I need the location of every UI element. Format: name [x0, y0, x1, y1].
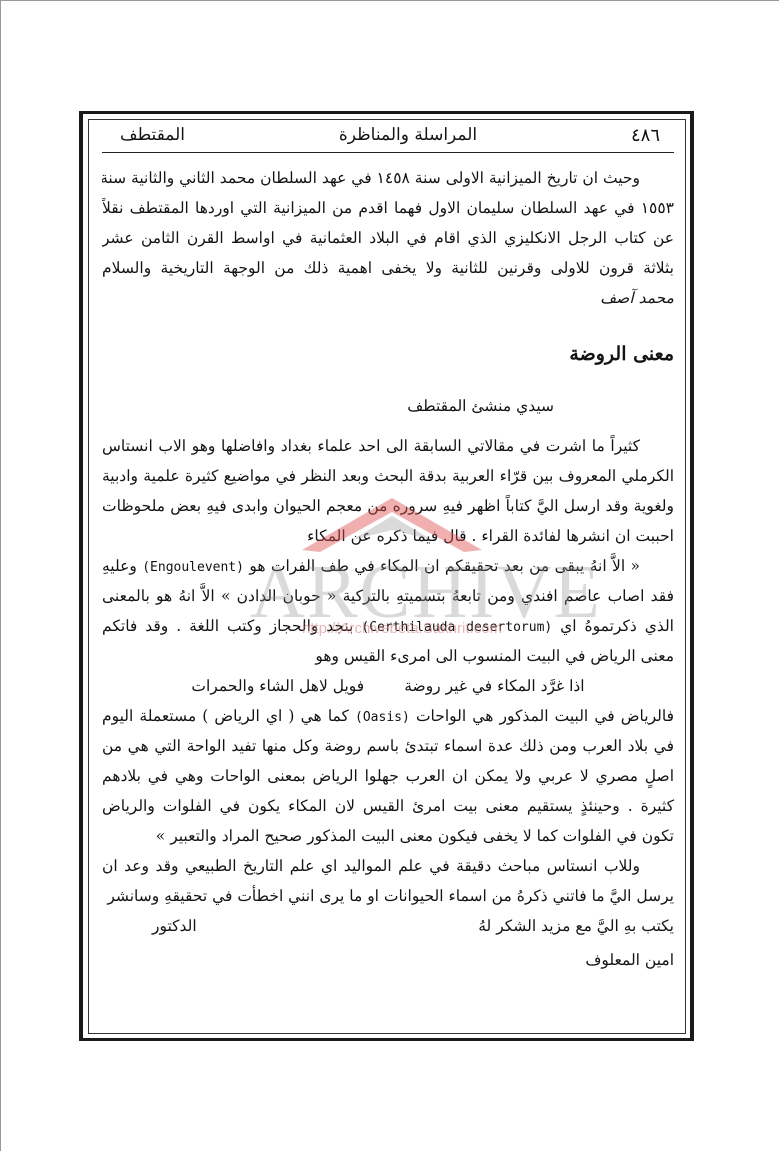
text-line: بثلاثة قرون للاولى وقرنين للثانية ولا يخ…	[102, 253, 674, 283]
latin-term: (Certhilauda desertorum)	[361, 620, 552, 635]
latin-term: (Engoulevent)	[142, 560, 244, 575]
closing-line: يكتب بهِ اليَّ مع مزيد الشكر لهُ	[478, 911, 674, 941]
text-line: ١٥٥٣ في عهد السلطان سليمان الاول فهما اق…	[102, 193, 674, 223]
text-line: فالرياض في البيت المذكور هي الواحات (Oas…	[102, 701, 674, 731]
text-line: اصلٍ مصري لا عربي ولا يمكن ان العرب جهلو…	[102, 761, 674, 791]
text-line: ولغوية وقد ارسل اليَّ كتاباً اظهر فيهِ س…	[102, 491, 674, 521]
body-text: وحيث ان تاريخ الميزانية الاولى سنة ١٤٥٨ …	[96, 153, 680, 975]
latin-term: (Oasis)	[355, 710, 410, 725]
text-segment: فالرياض في البيت المذكور هي الواحات	[416, 707, 674, 725]
quote-line: الذي ذكرتموهُ اي (Certhilauda desertorum…	[102, 611, 674, 641]
document-page: ٤٨٦ المراسلة والمناظرة المقتطف وحيث ان ت…	[96, 118, 680, 975]
text-line: كثيرة . وحينئذٍ يستقيم معنى بيت امرئ الق…	[102, 791, 674, 821]
salutation: سيدي منشئ المقتطف	[102, 391, 674, 421]
quote-line: « الاَّ انهُ يبقى من بعد تحقيقكم ان المك…	[102, 551, 674, 581]
text-line: وحيث ان تاريخ الميزانية الاولى سنة ١٤٥٨ …	[102, 163, 674, 193]
signature-name: امين المعلوف	[102, 945, 674, 975]
quote-text: الذي ذكرتموهُ اي	[560, 617, 674, 635]
section-title-header: المراسلة والمناظرة	[339, 125, 477, 145]
quote-text: « الاَّ انهُ يبقى من بعد تحقيقكم ان المك…	[249, 557, 640, 575]
journal-name: المقتطف	[120, 125, 185, 145]
quote-line: معنى الرياض في البيت المنسوب الى امرىء ا…	[102, 641, 674, 671]
quote-line: فقد اصاب عاصم افندي ومن تابعهُ بتسميتهِ …	[102, 581, 674, 611]
text-line: عن كتاب الرجل الانكليزي الذي اقام في الب…	[102, 223, 674, 253]
signature-title: الدكتور	[102, 911, 197, 941]
text-line: تكون في الفلوات كما لا يخفى فيكون معنى ا…	[102, 821, 674, 851]
text-segment: كما هي ( اي الرياض ) مستعملة اليوم	[102, 707, 349, 725]
quote-text: بنجد والحجاز وكتب اللغة . وقد فاتكم	[102, 617, 353, 635]
page-number: ٤٨٦	[631, 125, 660, 146]
text-line: كثيراً ما اشرت في مقالاتي السابقة الى اح…	[102, 431, 674, 461]
text-line: الكرملي المعروف بين قرّاء العربية بدقة ا…	[102, 461, 674, 491]
text-line: وللاب انستاس مباحث دقيقة في علم المواليد…	[102, 851, 674, 881]
signature-letter1: محمد آصف	[102, 283, 674, 313]
quote-text: وعليهِ	[102, 557, 137, 575]
verse-hemistich-2: فويل لاهل الشاء والحمرات	[191, 671, 364, 701]
text-line: احببت ان انشرها لفائدة القراء . قال فيما…	[102, 521, 674, 551]
running-head: ٤٨٦ المراسلة والمناظرة المقتطف	[102, 118, 674, 153]
closing-row: يكتب بهِ اليَّ مع مزيد الشكر لهُ الدكتور	[102, 911, 674, 941]
article-title: معنى الروضة	[102, 339, 674, 369]
text-line: يرسل اليَّ ما فاتني ذكرهُ من اسماء الحيو…	[102, 881, 674, 911]
poetry-verse: اذا غرَّد المكاء في غير روضة فويل لاهل ا…	[102, 671, 674, 701]
verse-hemistich-1: اذا غرَّد المكاء في غير روضة	[404, 671, 584, 701]
text-line: في بلاد العرب ومن ذلك عدة اسماء تبتدئ با…	[102, 731, 674, 761]
